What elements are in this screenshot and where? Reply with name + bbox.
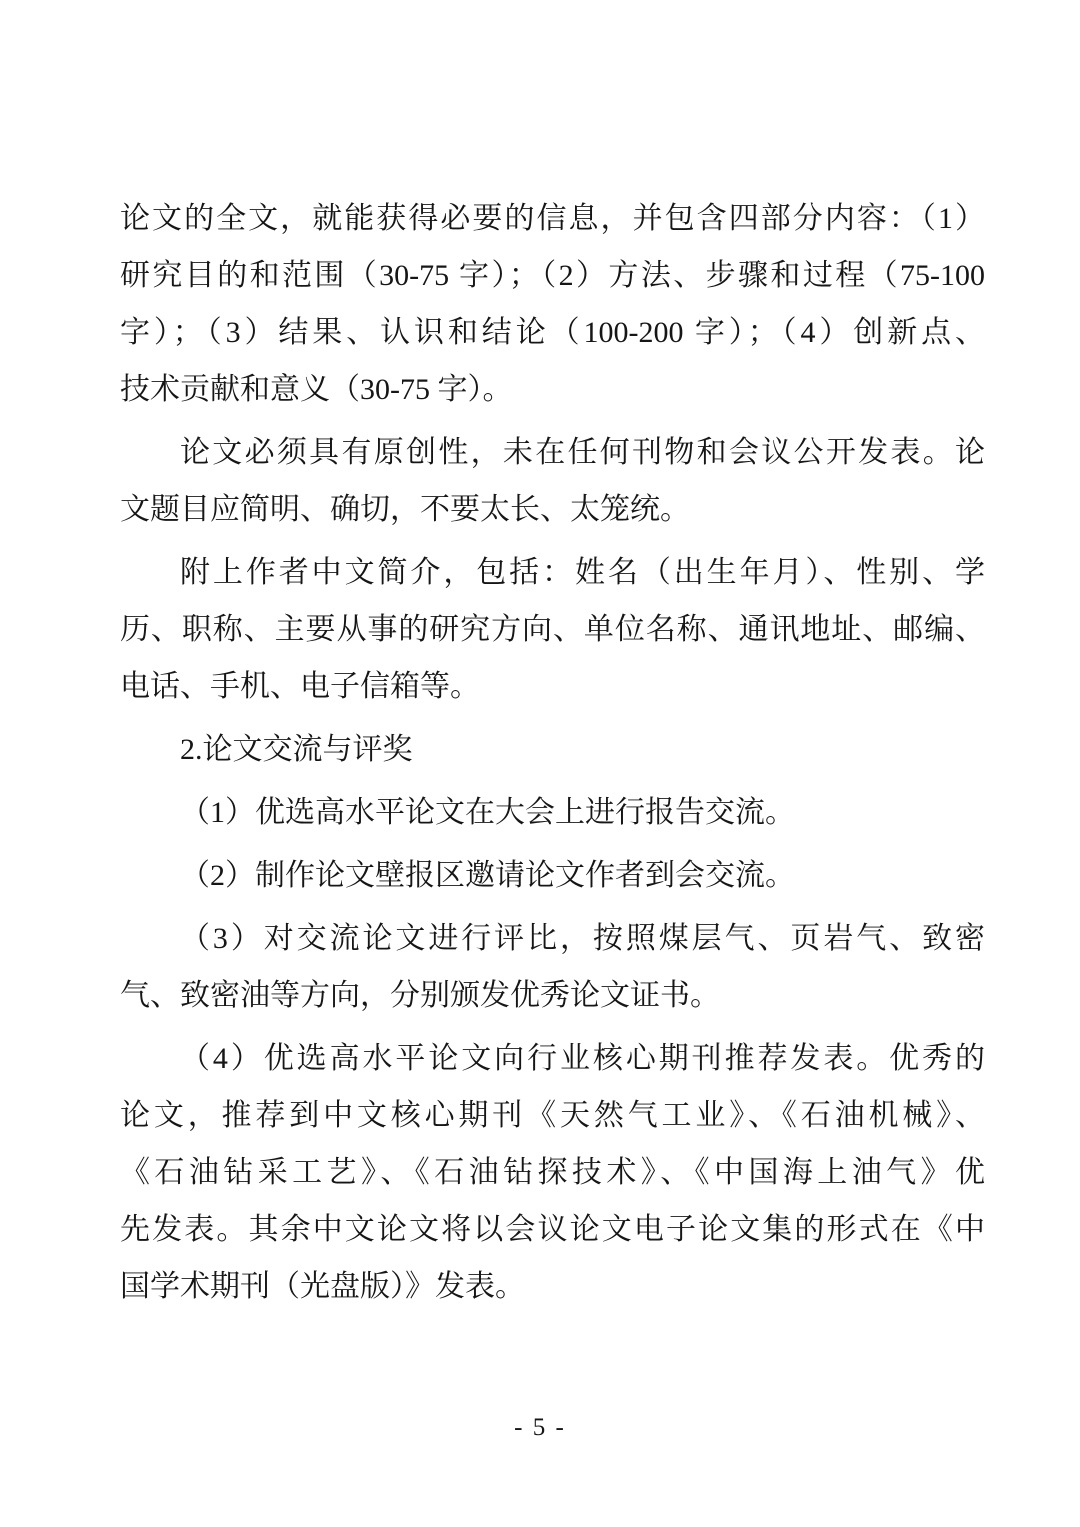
document-page: 论文的全文，就能获得必要的信息，并包含四部分内容：（1）研究目的和范围（30-7… bbox=[0, 0, 1080, 1527]
text-line: 电话、手机、电子信箱等。 bbox=[120, 658, 985, 715]
text-line: 论文，推荐到中文核心期刊《天然气工业》、《石油机械》、 bbox=[120, 1087, 985, 1144]
text-line: 2.论文交流与评奖 bbox=[120, 721, 985, 778]
page-number: - 5 - bbox=[514, 1414, 566, 1441]
paragraph: （3）对交流论文进行评比，按照煤层气、页岩气、致密气、致密油等方向，分别颁发优秀… bbox=[120, 910, 985, 1024]
text-line: 先发表。其余中文论文将以会议论文电子论文集的形式在《中 bbox=[120, 1201, 985, 1258]
paragraph: 论文的全文，就能获得必要的信息，并包含四部分内容：（1）研究目的和范围（30-7… bbox=[120, 190, 985, 418]
text-line: 字）；（3）结果、认识和结论（100-200 字）；（4）创新点、 bbox=[120, 304, 985, 361]
text-line: 论文必须具有原创性，未在任何刊物和会议公开发表。论 bbox=[120, 424, 985, 481]
paragraph: 2.论文交流与评奖 bbox=[120, 721, 985, 778]
page-footer: - 5 - bbox=[0, 1414, 1080, 1442]
document-body: 论文的全文，就能获得必要的信息，并包含四部分内容：（1）研究目的和范围（30-7… bbox=[120, 190, 985, 1315]
paragraph: （4）优选高水平论文向行业核心期刊推荐发表。优秀的论文，推荐到中文核心期刊《天然… bbox=[120, 1030, 985, 1315]
text-line: （2）制作论文壁报区邀请论文作者到会交流。 bbox=[120, 847, 985, 904]
text-line: 国学术期刊（光盘版）》发表。 bbox=[120, 1258, 985, 1315]
text-line: （1）优选高水平论文在大会上进行报告交流。 bbox=[120, 784, 985, 841]
text-line: 《石油钻采工艺》、《石油钻探技术》、《中国海上油气》优 bbox=[120, 1144, 985, 1201]
text-line: 技术贡献和意义（30-75 字）。 bbox=[120, 361, 985, 418]
paragraph: 论文必须具有原创性，未在任何刊物和会议公开发表。论文题目应简明、确切，不要太长、… bbox=[120, 424, 985, 538]
text-line: 研究目的和范围（30-75 字）；（2）方法、步骤和过程（75-100 bbox=[120, 247, 985, 304]
text-line: 历、职称、主要从事的研究方向、单位名称、通讯地址、邮编、 bbox=[120, 601, 985, 658]
text-line: 论文的全文，就能获得必要的信息，并包含四部分内容：（1） bbox=[120, 190, 985, 247]
paragraph: 附上作者中文简介，包括：姓名（出生年月）、性别、学历、职称、主要从事的研究方向、… bbox=[120, 544, 985, 715]
paragraph: （2）制作论文壁报区邀请论文作者到会交流。 bbox=[120, 847, 985, 904]
paragraph: （1）优选高水平论文在大会上进行报告交流。 bbox=[120, 784, 985, 841]
text-line: 气、致密油等方向，分别颁发优秀论文证书。 bbox=[120, 967, 985, 1024]
text-line: （4）优选高水平论文向行业核心期刊推荐发表。优秀的 bbox=[120, 1030, 985, 1087]
text-line: 附上作者中文简介，包括：姓名（出生年月）、性别、学 bbox=[120, 544, 985, 601]
text-line: （3）对交流论文进行评比，按照煤层气、页岩气、致密 bbox=[120, 910, 985, 967]
text-line: 文题目应简明、确切，不要太长、太笼统。 bbox=[120, 481, 985, 538]
